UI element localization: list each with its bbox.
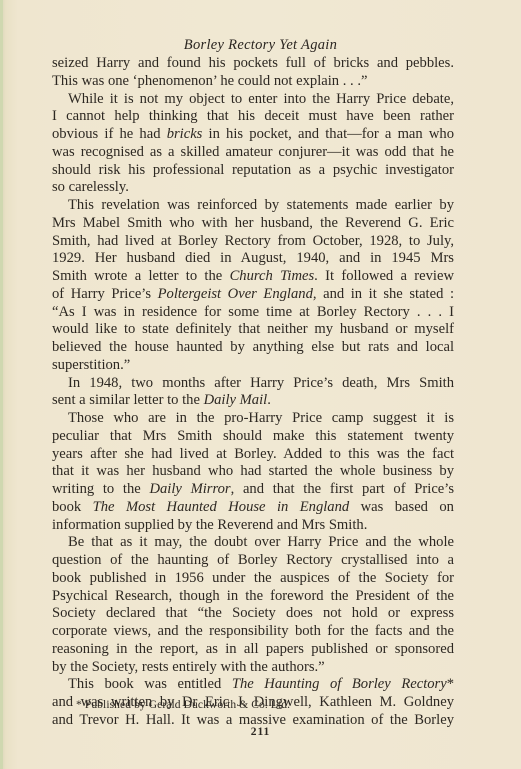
text-line: by the Society, rests entirely with the …: [52, 659, 454, 677]
text-line: Smith wrote a letter to the Church Times…: [52, 268, 454, 286]
body-text: seized Harry and found his pockets full …: [52, 55, 454, 730]
text-line: book published in 1956 under the auspice…: [52, 570, 454, 588]
text-line: superstition.”: [52, 357, 454, 375]
title-poltergeist-over-england: Poltergeist Over England: [158, 286, 313, 302]
paragraph-1948: In 1948, two months after Harry Price’s …: [52, 375, 454, 411]
text-span: was based on: [349, 499, 454, 515]
paragraph-spr-book: Be that as it may, the doubt over Harry …: [52, 534, 454, 676]
paragraph-revelation: This revelation was reinforced by statem…: [52, 197, 454, 375]
text-line: was recognised as a skilled amateur conj…: [52, 144, 454, 162]
text-line: sent a similar letter to the Daily Mail.: [52, 392, 454, 410]
text-span: . It followed a review: [314, 268, 454, 284]
paragraph-continuation: seized Harry and found his pockets full …: [52, 55, 454, 91]
page-edge: [0, 0, 3, 769]
text-span: of Harry Price’s: [52, 286, 158, 302]
title-most-haunted-house: The Most Haunted House in England: [93, 499, 350, 515]
text-line: Those who are in the pro-Harry Price cam…: [52, 410, 454, 428]
title-daily-mail: Daily Mail: [204, 392, 268, 408]
paragraph-conjurer: While it is not my object to enter into …: [52, 91, 454, 198]
text-line: This was one ‘phenomenon’ he could not e…: [52, 73, 454, 91]
text-line: would like to state definitely that neit…: [52, 321, 454, 339]
text-span: writing to the: [52, 481, 149, 497]
paragraph-pro-price-camp: Those who are in the pro-Harry Price cam…: [52, 410, 454, 534]
text-line: corporate views, and the responsibility …: [52, 623, 454, 641]
text-line: years after she had lived at Borley. Add…: [52, 446, 454, 464]
page-number: 211: [0, 726, 521, 738]
text-line: While it is not my object to enter into …: [52, 91, 454, 109]
text-span: in his pocket, and that—for a man who: [202, 126, 454, 142]
text-line: In 1948, two months after Harry Price’s …: [52, 375, 454, 393]
text-line: Psychical Research, though in the forewo…: [52, 588, 454, 606]
title-church-times: Church Times: [230, 268, 315, 284]
text-span: , and in it she stated :: [313, 286, 454, 302]
text-line: peculiar that Mrs Smith should make this…: [52, 428, 454, 446]
text-line: book The Most Haunted House in England w…: [52, 499, 454, 517]
text-span: , and that the first part of Price’s: [231, 481, 454, 497]
text-line: question of the haunting of Borley Recto…: [52, 552, 454, 570]
text-line: of Harry Price’s Poltergeist Over Englan…: [52, 286, 454, 304]
text-line: This revelation was reinforced by statem…: [52, 197, 454, 215]
text-line: should risk his professional reputation …: [52, 162, 454, 180]
emphasis-bricks: bricks: [167, 126, 203, 142]
title-daily-mirror: Daily Mirror: [149, 481, 230, 497]
text-span: Smith wrote a letter to the: [52, 268, 230, 284]
text-line: information supplied by the Reverend and…: [52, 517, 454, 535]
text-span: obvious if he had: [52, 126, 167, 142]
text-line: believed the house haunted by anything e…: [52, 339, 454, 357]
text-line: seized Harry and found his pockets full …: [52, 55, 454, 73]
title-haunting-of-borley-rectory: The Haunting of Borley Rectory: [232, 676, 447, 692]
text-line: Mrs Mabel Smith who with her husband, th…: [52, 215, 454, 233]
text-line: writing to the Daily Mirror, and that th…: [52, 481, 454, 499]
text-line: that it was her husband who had started …: [52, 463, 454, 481]
text-line: I cannot help thinking that his deceit m…: [52, 108, 454, 126]
text-line: Society declared that “the Society does …: [52, 605, 454, 623]
text-line: obvious if he had bricks in his pocket, …: [52, 126, 454, 144]
text-line: Be that as it may, the doubt over Harry …: [52, 534, 454, 552]
text-span: .: [267, 392, 271, 408]
footnote: * Published by Gerald Duckworth & Co. Lt…: [76, 699, 290, 711]
text-line: “As I was in residence for some time at …: [52, 304, 454, 322]
book-page: Borley Rectory Yet Again seized Harry an…: [0, 0, 521, 769]
text-line: reasoning in the report, as in all paper…: [52, 641, 454, 659]
footnote-marker: *: [447, 676, 454, 692]
text-line: This book was entitled The Haunting of B…: [52, 676, 454, 694]
text-span: sent a similar letter to the: [52, 392, 204, 408]
text-line: so carelessly.: [52, 179, 454, 197]
text-span: This book was entitled: [68, 676, 232, 692]
text-span: book: [52, 499, 93, 515]
running-head: Borley Rectory Yet Again: [0, 37, 521, 54]
text-line: Smith, had lived at Borley Rectory from …: [52, 233, 454, 251]
text-line: 1929. Her husband died in August, 1940, …: [52, 250, 454, 268]
